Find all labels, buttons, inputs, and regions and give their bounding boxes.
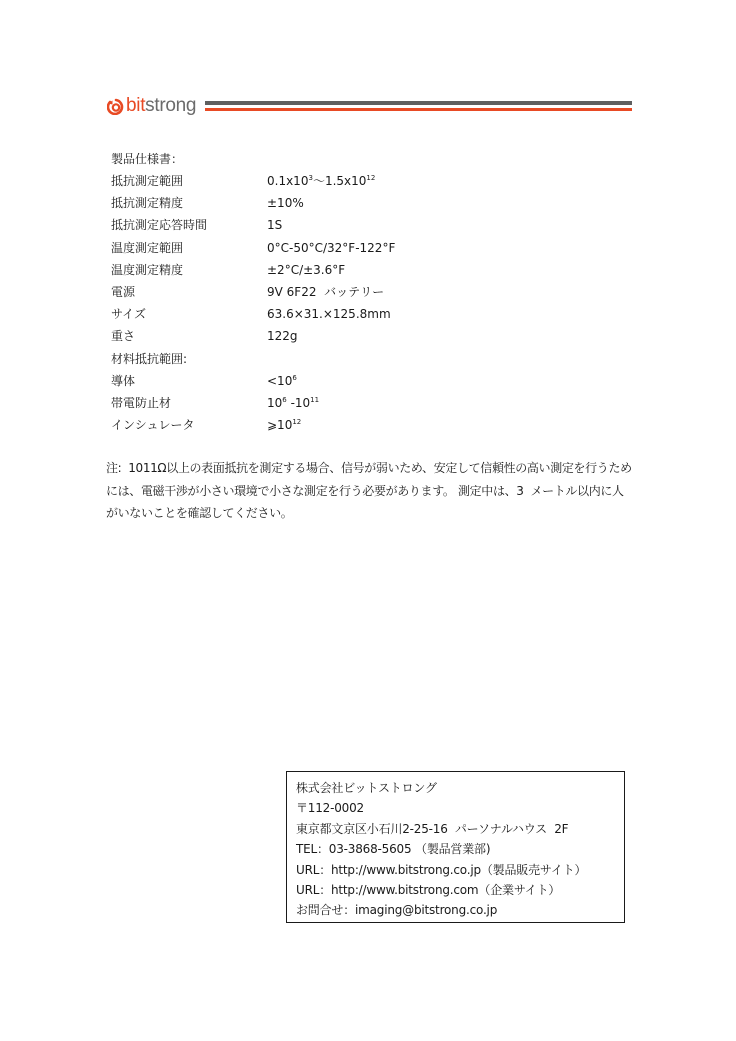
value-part: -10 (287, 396, 310, 410)
spec-value: ±10% (267, 192, 304, 214)
material-section-title: 材料抵抗範囲: (111, 348, 395, 370)
spec-value: 0.1x103〜1.5x1012 (267, 170, 375, 192)
address: 東京都文京区小石川2-25-16 パーソナルハウス 2F (296, 819, 624, 839)
spec-value: 63.6×31.×125.8mm (267, 303, 391, 325)
spec-value: 9V 6F22 バッテリー (267, 281, 384, 303)
spec-row-power: 電源 9V 6F22 バッテリー (111, 281, 395, 303)
spec-label: 抵抗測定精度 (111, 192, 267, 214)
spec-label: 温度測定精度 (111, 259, 267, 281)
exponent: 12 (292, 418, 301, 426)
spec-label: インシュレータ (111, 414, 267, 436)
spec-value: 1S (267, 214, 282, 236)
spec-label: 重さ (111, 325, 267, 347)
spec-label: 抵抗測定応答時間 (111, 214, 267, 236)
url-corporate-link[interactable]: URL：http://www.bitstrong.com（企業サイト） (296, 880, 624, 900)
spec-value: 0°C-50°C/32°F-122°F (267, 237, 395, 259)
exponent: 11 (310, 396, 319, 404)
company-name: 株式会社ビットストロング (296, 778, 624, 798)
spec-row-resistance-accuracy: 抵抗測定精度 ±10% (111, 192, 395, 214)
spec-row-resistance-range: 抵抗測定範囲 0.1x103〜1.5x1012 (111, 170, 395, 192)
spec-value: <106 (267, 370, 297, 392)
material-row-conductor: 導体 <106 (111, 370, 395, 392)
exponent: 6 (292, 374, 296, 382)
value-part: 0.1x10 (267, 174, 308, 188)
spec-label: 帯電防止材 (111, 392, 267, 414)
header-rule-orange (205, 108, 632, 111)
value-part: 〜1.5x10 (313, 174, 366, 188)
bitstrong-logo: bitstrong (107, 94, 196, 118)
spec-label: 電源 (111, 281, 267, 303)
spec-label: 抵抗測定範囲 (111, 170, 267, 192)
email-contact[interactable]: お問合せ：imaging@bitstrong.co.jp (296, 900, 624, 920)
spec-row-temperature-accuracy: 温度測定精度 ±2°C/±3.6°F (111, 259, 395, 281)
page-header: bitstrong (107, 94, 632, 118)
spec-row-weight: 重さ 122g (111, 325, 395, 347)
spec-label: サイズ (111, 303, 267, 325)
material-row-antistatic: 帯電防止材 106 -1011 (111, 392, 395, 414)
logo-text-bit: bit (126, 95, 145, 116)
spec-value: ±2°C/±3.6°F (267, 259, 345, 281)
logo-text-strong: strong (145, 95, 196, 116)
spec-row-response-time: 抵抗測定応答時間 1S (111, 214, 395, 236)
spec-title: 製品仕様書： (111, 148, 395, 170)
spec-row-size: サイズ 63.6×31.×125.8mm (111, 303, 395, 325)
value-part: ⩾10 (267, 418, 292, 432)
url-shop-link[interactable]: URL：http://www.bitstrong.co.jp（製品販売サイト） (296, 860, 624, 880)
spec-table: 製品仕様書： 抵抗測定範囲 0.1x103〜1.5x1012 抵抗測定精度 ±1… (111, 148, 395, 436)
spec-value: ⩾1012 (267, 414, 301, 436)
value-part: 10 (267, 396, 282, 410)
material-row-insulator: インシュレータ ⩾1012 (111, 414, 395, 436)
spec-label: 温度測定範囲 (111, 237, 267, 259)
measurement-note: 注: 1011Ω以上の表面抵抗を測定する場合、信号が弱いため、安定して信頼性の高… (106, 457, 634, 525)
logo-wordmark: bitstrong (126, 96, 196, 116)
telephone: TEL：03-3868-5605 （製品営業部) (296, 839, 624, 859)
exponent: 12 (366, 174, 375, 182)
spec-value: 122g (267, 325, 298, 347)
header-rule-gray (205, 101, 632, 105)
spec-label: 導体 (111, 370, 267, 392)
contact-info-box: 株式会社ビットストロング 〒112-0002 東京都文京区小石川2-25-16 … (286, 771, 625, 923)
spec-row-temperature-range: 温度測定範囲 0°C-50°C/32°F-122°F (111, 237, 395, 259)
spec-value: 106 -1011 (267, 392, 319, 414)
bitstrong-swirl-icon (107, 98, 124, 115)
postal-code: 〒112-0002 (296, 798, 624, 818)
value-part: <10 (267, 374, 292, 388)
